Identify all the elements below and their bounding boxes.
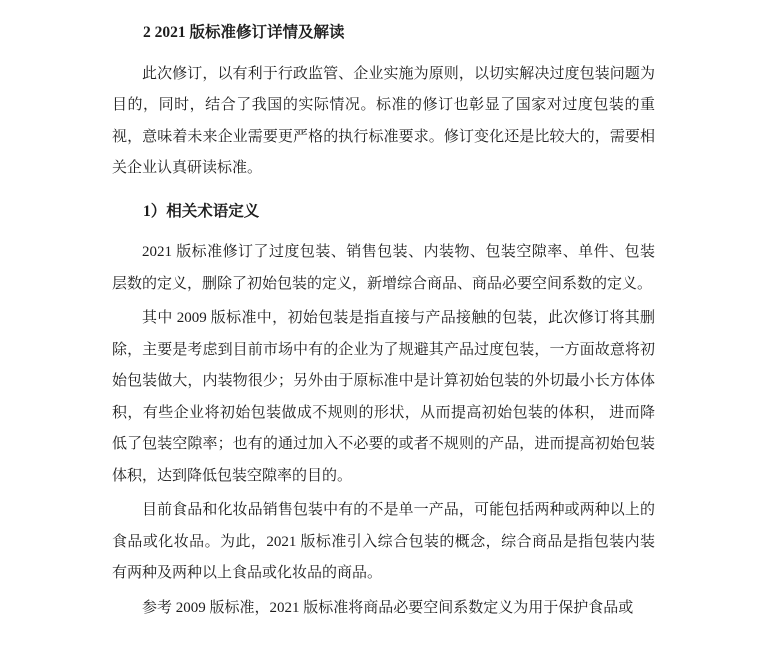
section-heading-terminology: 1）相关术语定义 — [112, 196, 655, 228]
paragraph-composite-goods: 目前食品和化妆品销售包装中有的不是单一产品，可能包括两种或两种以上的食品或化妆品… — [112, 495, 655, 590]
document-title: 2 2021 版标准修订详情及解读 — [112, 17, 655, 49]
paragraph-revision-intro: 此次修订，以有利于行政监管、企业实施为原则，以切实解决过度包装问题为目的，同时，… — [112, 59, 655, 185]
paragraph-initial-packaging: 其中 2009 版标准中，初始包装是指直接与产品接触的包装，此次修订将其删除，主… — [112, 303, 655, 492]
paragraph-terms-revised: 2021 版标准修订了过度包装、销售包装、内装物、包装空隙率、单件、包装层数的定… — [112, 237, 655, 300]
document-page: 2 2021 版标准修订详情及解读 此次修订，以有利于行政监管、企业实施为原则，… — [0, 0, 760, 658]
paragraph-space-coefficient: 参考 2009 版标准，2021 版标准将商品必要空间系数定义为用于保护食品或 — [112, 593, 655, 625]
